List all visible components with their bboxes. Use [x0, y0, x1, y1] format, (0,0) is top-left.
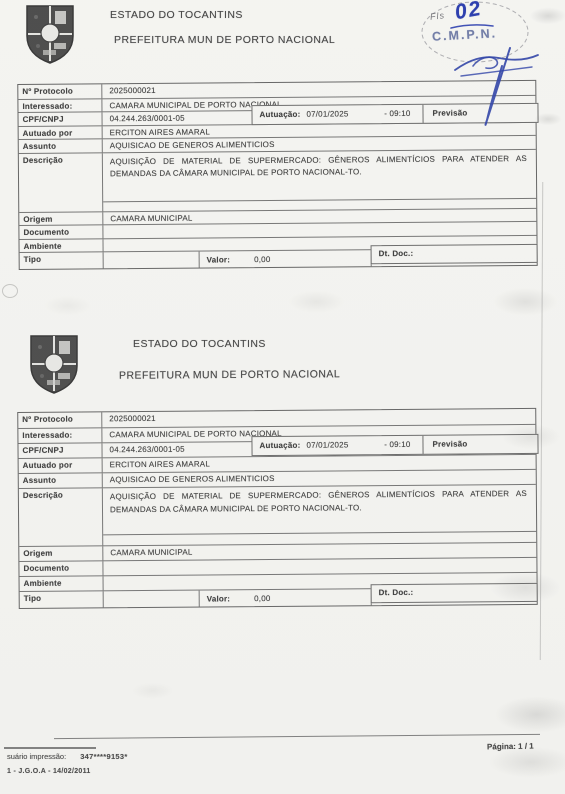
- autuacao-cell: Autuação: 07/01/2025 - 09:10: [252, 105, 423, 124]
- protocolo-label: Nº Protocolo: [18, 84, 102, 98]
- interessado-label: Interessado:: [18, 99, 102, 112]
- row-tipo: Tipo Valor: 0,00 Dt. Doc.:: [20, 248, 537, 269]
- interessado-label: Interessado:: [18, 428, 102, 443]
- footer-separator-line: [54, 734, 540, 739]
- ambiente-label: Ambiente: [20, 576, 104, 591]
- descricao-label: Descrição: [19, 153, 103, 212]
- print-user-value: 347****9153*: [80, 752, 127, 761]
- autuado-label: Autuado por: [19, 458, 103, 473]
- protocol-table: Nº Protocolo 2025000021 Interessado: CAM…: [17, 408, 538, 609]
- municipality-title: PREFEITURA MUN DE PORTO NACIONAL: [119, 368, 340, 382]
- scan-ring-artifact: [2, 284, 18, 298]
- valor-label: Valor:: [207, 594, 231, 606]
- protocolo-label: Nº Protocolo: [18, 412, 102, 428]
- previsao-label: Previsão: [423, 435, 537, 454]
- protocol-slip-copy-1: ESTADO DO TOCANTINS PREFEITURA MUN DE PO…: [0, 0, 565, 330]
- cpf-label: CPF/CNPJ: [18, 112, 102, 125]
- cpf-value: 04.244.263/0001-05: [102, 442, 251, 457]
- dtdoc-cell: Dt. Doc.:: [372, 249, 537, 266]
- descricao-label: Descrição: [19, 488, 103, 546]
- coat-of-arms-icon: [28, 333, 80, 395]
- descricao-cell: AQUISIÇÃO DE MATERIAL DE SUPERMERCADO: G…: [103, 485, 536, 545]
- dtdoc-label: Dt. Doc.:: [371, 583, 538, 603]
- system-version-line: 1 - J.G.O.A - 14/02/2011: [7, 768, 91, 775]
- tipo-value: [104, 591, 200, 608]
- valor-label: Valor:: [207, 255, 231, 267]
- scanned-protocol-document: ESTADO DO TOCANTINS PREFEITURA MUN DE PO…: [0, 0, 565, 794]
- print-user-line: suário impressão: 347****9153*: [7, 752, 128, 761]
- row-descricao: Descrição AQUISIÇÃO DE MATERIAL DE SUPER…: [19, 148, 536, 211]
- autuacao-cell: Autuação: 07/01/2025 - 09:10: [252, 436, 423, 455]
- state-title: ESTADO DO TOCANTINS: [133, 338, 266, 350]
- autuacao-label: Autuação:: [259, 110, 300, 124]
- cpf-value: 04.244.263/0001-05: [102, 111, 251, 125]
- autuacao-date: 07/01/2025: [306, 440, 348, 454]
- tipo-label: Tipo: [20, 591, 104, 608]
- autuacao-date: 07/01/2025: [306, 109, 348, 123]
- autuado-label: Autuado por: [19, 126, 103, 139]
- origem-label: Origem: [19, 212, 103, 225]
- dtdoc-cell: Dt. Doc.:: [372, 588, 537, 605]
- assunto-label: Assunto: [19, 473, 103, 488]
- autuacao-previsao-box: Autuação: 07/01/2025 - 09:10 Previsão: [251, 434, 538, 456]
- protocol-slip-copy-2: ESTADO DO TOCANTINS PREFEITURA MUN DE PO…: [0, 330, 565, 630]
- autuacao-label: Autuação:: [259, 441, 300, 455]
- documento-label: Documento: [19, 561, 103, 576]
- ambiente-label: Ambiente: [19, 239, 103, 252]
- assunto-label: Assunto: [19, 139, 103, 152]
- descricao-value: AQUISIÇÃO DE MATERIAL DE SUPERMERCADO: G…: [103, 149, 536, 200]
- valor-value: 0,00: [254, 594, 270, 606]
- row-tipo: Tipo Valor: 0,00 Dt. Doc.:: [20, 587, 537, 608]
- folha-word: Fls: [429, 10, 445, 22]
- footer-short-line: [4, 747, 96, 749]
- origem-label: Origem: [19, 546, 103, 561]
- documento-label: Documento: [19, 225, 103, 238]
- coat-of-arms-icon: [24, 3, 76, 65]
- folha-stamp: Fls 02 C.M.P.N.: [415, 0, 565, 135]
- municipality-title: PREFEITURA MUN DE PORTO NACIONAL: [114, 34, 335, 46]
- descricao-cell: AQUISIÇÃO DE MATERIAL DE SUPERMERCADO: G…: [103, 149, 536, 210]
- valor-cell: Valor: 0,00: [200, 589, 372, 606]
- dtdoc-label: Dt. Doc.:: [371, 244, 538, 264]
- tipo-value: [104, 252, 200, 269]
- descricao-value: AQUISIÇÃO DE MATERIAL DE SUPERMERCADO: G…: [103, 485, 536, 534]
- page-number: Página: 1 / 1: [487, 742, 534, 752]
- autuacao-time: - 09:10: [384, 440, 422, 454]
- valor-cell: Valor: 0,00: [200, 250, 372, 267]
- tipo-label: Tipo: [20, 252, 104, 269]
- valor-value: 0,00: [254, 255, 270, 267]
- state-title: ESTADO DO TOCANTINS: [110, 9, 243, 21]
- print-user-label: suário impressão:: [7, 752, 66, 761]
- row-descricao: Descrição AQUISIÇÃO DE MATERIAL DE SUPER…: [19, 484, 536, 546]
- cpf-label: CPF/CNPJ: [18, 443, 102, 458]
